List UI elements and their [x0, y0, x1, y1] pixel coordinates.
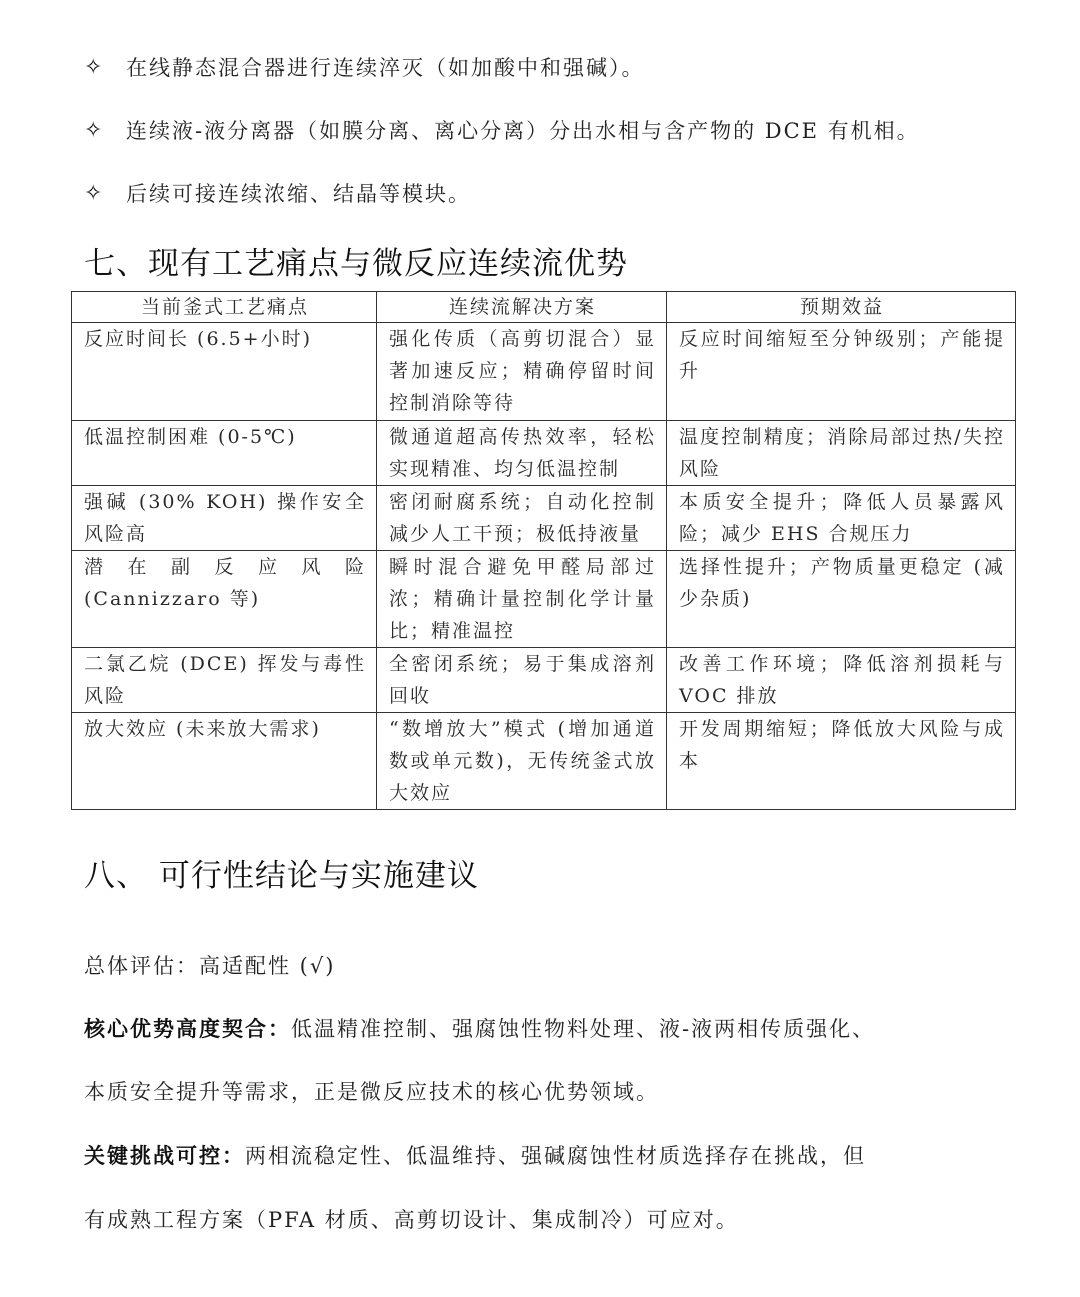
challenge-text: 两相流稳定性、低温维持、强碱腐蚀性材质选择存在挑战，但: [245, 1144, 866, 1168]
table-cell: 选择性提升；产物质量更稳定 (减少杂质): [667, 551, 1016, 648]
challenge-continued: 有成熟工程方案（PFA 材质、高剪切设计、集成制冷）可应对。: [84, 1204, 739, 1234]
table-cell: 瞬时混合避免甲醛局部过浓；精确计量控制化学计量比；精准温控: [377, 551, 667, 648]
table-cell: 开发周期缩短；降低放大风险与成本: [667, 713, 1016, 810]
table-cell: 改善工作环境；降低溶剂损耗与 VOC 排放: [667, 648, 1016, 713]
section-7-heading: 七、现有工艺痛点与微反应连续流优势: [84, 238, 628, 283]
table-cell: “数增放大”模式 (增加通道数或单元数)，无传统釜式放大效应: [377, 713, 667, 810]
bullet-text: 连续液-液分离器（如膜分离、离心分离）分出水相与含产物的 DCE 有机相。: [126, 115, 920, 145]
challenge-paragraph: 关键挑战可控：两相流稳定性、低温维持、强碱腐蚀性材质选择存在挑战，但: [84, 1140, 866, 1170]
table-cell: 本质安全提升；降低人员暴露风险；减少 EHS 合规压力: [667, 486, 1016, 551]
challenge-label: 关键挑战可控：: [84, 1143, 245, 1168]
table-cell: 微通道超高传热效率，轻松实现精准、均匀低温控制: [377, 421, 667, 486]
table-row: 低温控制困难 (0-5℃) 微通道超高传热效率，轻松实现精准、均匀低温控制 温度…: [72, 421, 1016, 486]
table-cell: 反应时间缩短至分钟级别；产能提升: [667, 323, 1016, 421]
bullet-text: 后续可接连续浓缩、结晶等模块。: [126, 178, 471, 208]
core-advantage-label: 核心优势高度契合：: [84, 1016, 291, 1041]
table-row: 二氯乙烷 (DCE) 挥发与毒性风险 全密闭系统；易于集成溶剂回收 改善工作环境…: [72, 648, 1016, 713]
table-cell: 密闭耐腐系统；自动化控制减少人工干预；极低持液量: [377, 486, 667, 551]
table-cell: 全密闭系统；易于集成溶剂回收: [377, 648, 667, 713]
table-cell: 二氯乙烷 (DCE) 挥发与毒性风险: [72, 648, 377, 713]
overall-assessment: 总体评估：高适配性 (√): [84, 950, 335, 980]
table-row: 强碱 (30% KOH) 操作安全风险高 密闭耐腐系统；自动化控制减少人工干预；…: [72, 486, 1016, 551]
bullet-item: ✧ 后续可接连续浓缩、结晶等模块。: [84, 178, 471, 208]
comparison-table: 当前釜式工艺痛点 连续流解决方案 预期效益 反应时间长 (6.5+小时) 强化传…: [71, 291, 1016, 810]
table-cell: 放大效应 (未来放大需求): [72, 713, 377, 810]
bullet-item: ✧ 连续液-液分离器（如膜分离、离心分离）分出水相与含产物的 DCE 有机相。: [84, 115, 920, 145]
table-cell: 强化传质（高剪切混合）显著加速反应；精确停留时间控制消除等待: [377, 323, 667, 421]
table-cell: 低温控制困难 (0-5℃): [72, 421, 377, 486]
table-row: 放大效应 (未来放大需求) “数增放大”模式 (增加通道数或单元数)，无传统釜式…: [72, 713, 1016, 810]
sparkle-bullet-icon: ✧: [84, 55, 126, 80]
bullet-text: 在线静态混合器进行连续淬灭（如加酸中和强碱）。: [126, 52, 645, 82]
column-header: 预期效益: [667, 292, 1016, 323]
table-row: 反应时间长 (6.5+小时) 强化传质（高剪切混合）显著加速反应；精确停留时间控…: [72, 323, 1016, 421]
table-cell: 潜在副反应风险 (Cannizzaro 等): [72, 551, 377, 648]
core-advantage-continued: 本质安全提升等需求，正是微反应技术的核心优势领域。: [84, 1076, 659, 1106]
core-advantage-text: 低温精准控制、强腐蚀性物料处理、液-液两相传质强化、: [291, 1017, 875, 1041]
table-cell: 强碱 (30% KOH) 操作安全风险高: [72, 486, 377, 551]
table-row: 潜在副反应风险 (Cannizzaro 等) 瞬时混合避免甲醛局部过浓；精确计量…: [72, 551, 1016, 648]
table-cell: 反应时间长 (6.5+小时): [72, 323, 377, 421]
table-header-row: 当前釜式工艺痛点 连续流解决方案 预期效益: [72, 292, 1016, 323]
sparkle-bullet-icon: ✧: [84, 181, 126, 206]
core-advantage-paragraph: 核心优势高度契合：低温精准控制、强腐蚀性物料处理、液-液两相传质强化、: [84, 1013, 875, 1043]
section-8-heading: 八、 可行性结论与实施建议: [84, 850, 479, 895]
sparkle-bullet-icon: ✧: [84, 118, 126, 143]
column-header: 当前釜式工艺痛点: [72, 292, 377, 323]
table-cell: 温度控制精度；消除局部过热/失控风险: [667, 421, 1016, 486]
column-header: 连续流解决方案: [377, 292, 667, 323]
bullet-item: ✧ 在线静态混合器进行连续淬灭（如加酸中和强碱）。: [84, 52, 645, 82]
